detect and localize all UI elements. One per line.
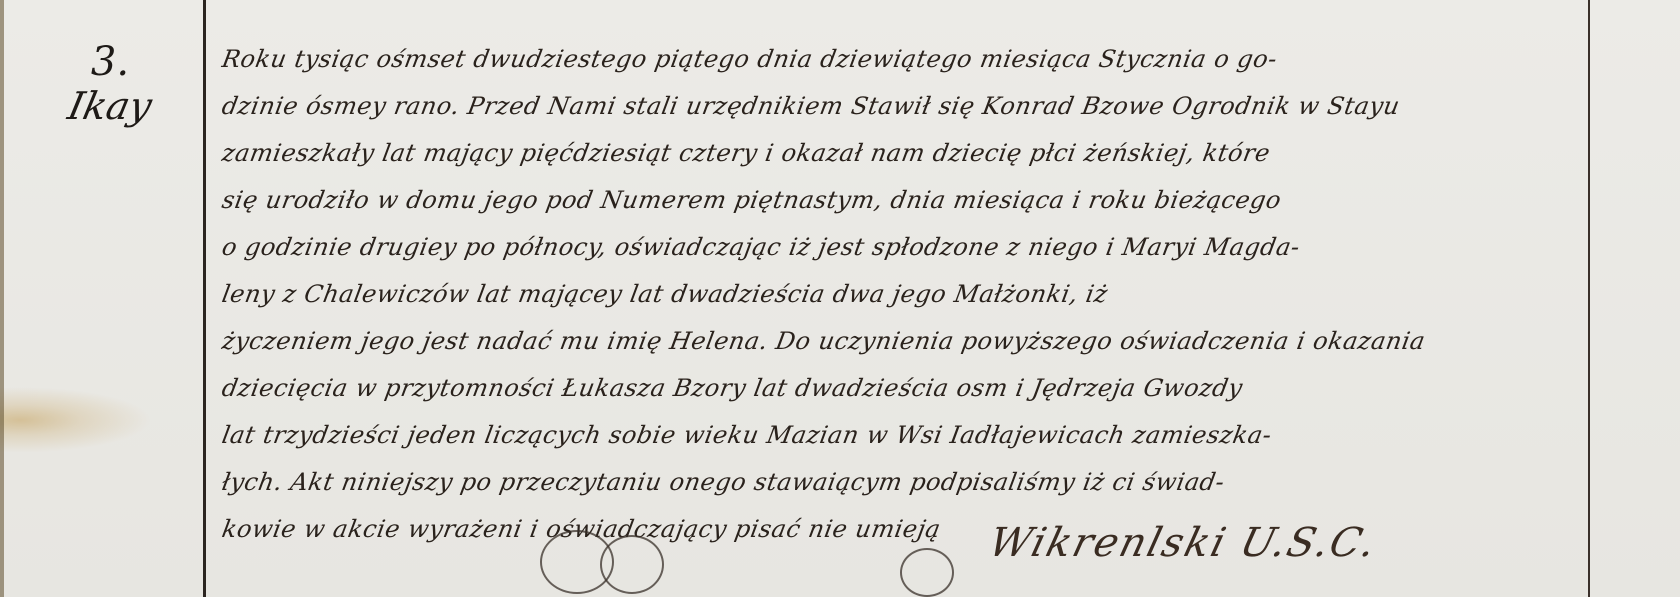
text-line-9: lat trzydzieści jeden liczących sobie wi… [218,412,1586,459]
record-text: Roku tysiąc ośmset dwudziestego piątego … [218,36,1578,553]
flourish-ornament [600,535,664,594]
text-line-5: o godzinie drugiey po północy, oświadcza… [218,224,1586,271]
text-line-10: łych. Akt niniejszy po przeczytaniu oneg… [218,459,1586,506]
text-line-1: Roku tysiąc ośmset dwudziestego piątego … [218,36,1586,83]
margin-rule-right [1588,0,1590,597]
text-line-11: kowie w akcie wyrażeni i oświadczający p… [218,506,1586,553]
text-line-8: dziecięcia w przytomności Łukasza Bzory … [218,365,1586,412]
text-line-4: się urodziło w domu jego pod Numerem pię… [218,177,1586,224]
page-edge-shadow [0,0,4,597]
margin-annotation: 3. Ikay [40,40,180,128]
entry-place: Ikay [35,84,184,128]
text-line-7: życzeniem jego jest nadać mu imię Helena… [218,318,1586,365]
text-line-3: zamieszkały lat mający pięćdziesiąt czte… [218,130,1586,177]
registrar-signature: Wikrenlski U.S.C. [984,520,1382,566]
text-line-6: leny z Chalewiczów lat mającey lat dwadz… [218,271,1586,318]
text-line-2: dzinie ósmey rano. Przed Nami stali urzę… [218,83,1586,130]
flourish-ornament [900,548,954,597]
entry-number: 3. [40,40,180,84]
document-page: 3. Ikay Roku tysiąc ośmset dwudziestego … [0,0,1680,597]
margin-rule-left [203,0,206,597]
